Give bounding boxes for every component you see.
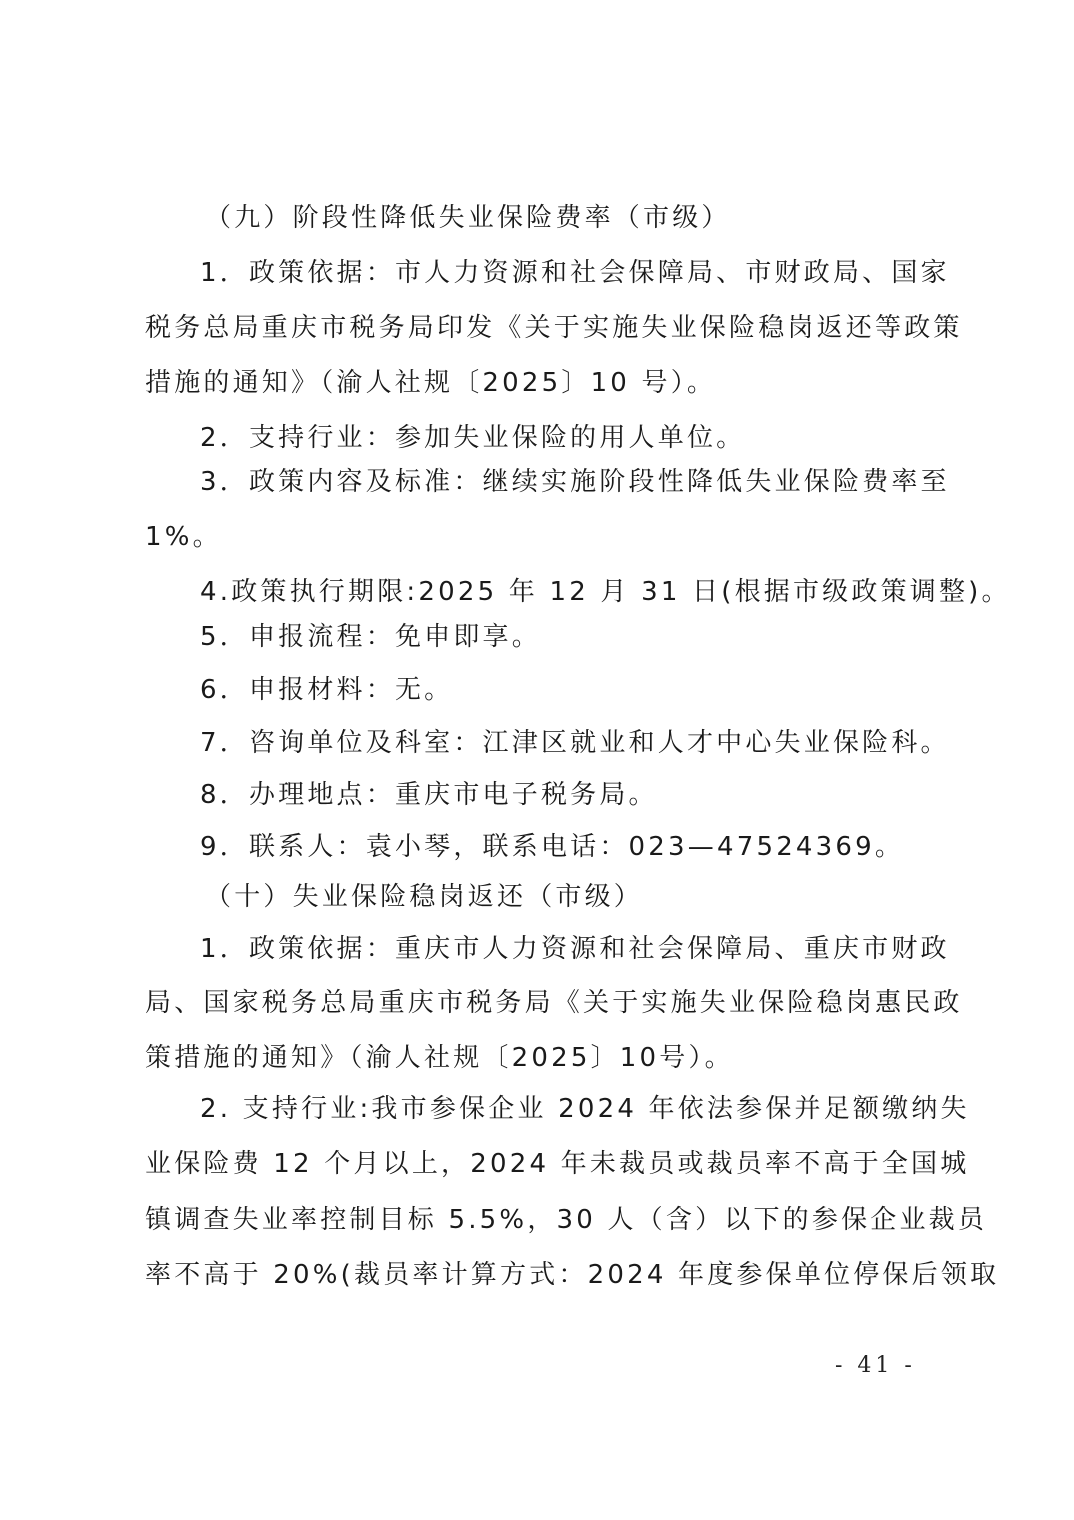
section-10-item-1-line-3: 策措施的通知》（渝人社规〔2025〕10号）。 [145, 1043, 945, 1073]
section-9-item-3-line-2: 1%。 [145, 522, 945, 552]
section-9-item-7: 7．咨询单位及科室：江津区就业和人才中心失业保险科。 [200, 728, 1000, 758]
section-9-item-1-line-3: 措施的通知》（渝人社规〔2025〕10 号）。 [145, 368, 945, 398]
section-10-item-2-line-2: 业保险费 12 个月以上，2024 年未裁员或裁员率不高于全国城 [145, 1149, 945, 1179]
section-9-item-8: 8．办理地点：重庆市电子税务局。 [200, 780, 1000, 810]
section-9-item-6: 6．申报材料：无。 [200, 675, 1000, 705]
section-10-item-2-line-4: 率不高于 20%(裁员率计算方式：2024 年度参保单位停保后领取 [145, 1260, 945, 1290]
section-9-item-1-line-1: 1．政策依据：市人力资源和社会保障局、市财政局、国家 [200, 258, 1000, 288]
section-9-heading: （九）阶段性降低失业保险费率（市级） [205, 203, 1005, 233]
section-9-item-4: 4.政策执行期限:2025 年 12 月 31 日(根据市级政策调整)。 [200, 577, 1000, 607]
section-9-item-5: 5．申报流程：免申即享。 [200, 622, 1000, 652]
section-9-item-9: 9．联系人：袁小琴，联系电话：023—47524369。 [200, 832, 1000, 862]
section-10-item-2-line-3: 镇调查失业率控制目标 5.5%，30 人（含）以下的参保企业裁员 [145, 1205, 945, 1235]
section-9-item-3-line-1: 3．政策内容及标准：继续实施阶段性降低失业保险费率至 [200, 467, 1000, 497]
document-page: （九）阶段性降低失业保险费率（市级） 1．政策依据：市人力资源和社会保障局、市财… [0, 0, 1074, 1520]
section-10-item-1-line-2: 局、国家税务总局重庆市税务局《关于实施失业保险稳岗惠民政 [145, 988, 945, 1018]
page-number: - 41 - [835, 1353, 916, 1378]
section-9-item-2: 2．支持行业：参加失业保险的用人单位。 [200, 423, 1000, 453]
section-10-item-2-line-1: 2. 支持行业:我市参保企业 2024 年依法参保并足额缴纳失 [200, 1094, 1000, 1124]
section-10-item-1-line-1: 1．政策依据：重庆市人力资源和社会保障局、重庆市财政 [200, 934, 1000, 964]
section-10-heading: （十）失业保险稳岗返还（市级） [205, 882, 1005, 912]
section-9-item-1-line-2: 税务总局重庆市税务局印发《关于实施失业保险稳岗返还等政策 [145, 313, 945, 343]
